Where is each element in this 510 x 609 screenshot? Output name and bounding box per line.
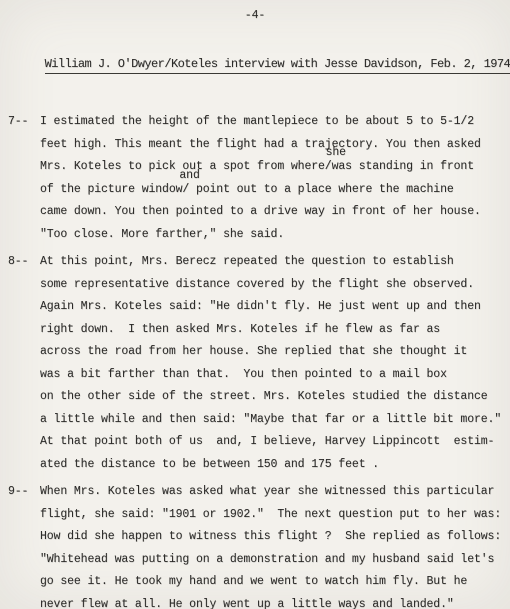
interview-item-7: 7-- I estimated the height of the mantle… [0,111,510,246]
text-line: flight, she said: "1901 or 1902." The ne… [40,504,510,527]
text-line: on the other side of the street. Mrs. Ko… [40,386,510,409]
document-title-text: William J. O'Dwyer/Koteles interview wit… [45,57,510,74]
line-pre: of the picture window [40,183,182,196]
document-title: William J. O'Dwyer/Koteles interview wit… [18,43,510,85]
text-line: was a bit farther than that. You then po… [40,364,510,387]
text-line: At this point, Mrs. Berecz repeated the … [40,251,510,274]
item-body: At this point, Mrs. Berecz repeated the … [40,251,510,476]
item-number: 9-- [8,481,40,504]
line-post: / point out to a place where the machine [182,183,453,196]
text-line-with-insertion: of the picture windowand/ point out to a… [40,179,510,202]
text-line: When Mrs. Koteles was asked what year sh… [40,481,510,504]
text-line: go see it. He took my hand and we went t… [40,571,510,594]
line-post: was standing in front [332,160,474,173]
interlinear-insertion: she [326,147,346,158]
document-page: -4- William J. O'Dwyer/Koteles interview… [0,0,510,609]
insertion-anchor: and/ point out to a place where the mach… [182,183,453,196]
text-line: never flew at all. He only went up a lit… [40,594,510,609]
interview-item-8: 8-- At this point, Mrs. Berecz repeated … [0,251,510,476]
text-line: I estimated the height of the mantlepiec… [40,111,510,134]
page-number: -4- [0,0,510,22]
text-line: came down. You then pointed to a drive w… [40,201,510,224]
insertion-anchor: shewas standing in front [332,160,474,173]
interlinear-insertion: and [179,170,199,181]
text-line: "Whitehead was putting on a demonstratio… [40,549,510,572]
item-number: 8-- [8,251,40,274]
text-line: "Too close. More farther," she said. [40,224,510,247]
text-line-with-insertion: Mrs. Koteles to pick out a spot from whe… [40,156,510,179]
text-line: right down. I then asked Mrs. Koteles if… [40,319,510,342]
item-body: I estimated the height of the mantlepiec… [40,111,510,246]
text-line: across the road from her house. She repl… [40,341,510,364]
text-line: At that point both of us and, I believe,… [40,431,510,454]
text-line: How did she happen to witness this fligh… [40,526,510,549]
text-line: ated the distance to be between 150 and … [40,454,510,477]
interview-items: 7-- I estimated the height of the mantle… [0,111,510,609]
text-line: feet high. This meant the flight had a t… [40,134,510,157]
text-line: Again Mrs. Koteles said: "He didn't fly.… [40,296,510,319]
text-line: some representative distance covered by … [40,274,510,297]
interview-item-9: 9-- When Mrs. Koteles was asked what yea… [0,481,510,609]
item-body: When Mrs. Koteles was asked what year sh… [40,481,510,609]
item-number: 7-- [8,111,40,134]
text-line: a little while and then said: "Maybe tha… [40,409,510,432]
